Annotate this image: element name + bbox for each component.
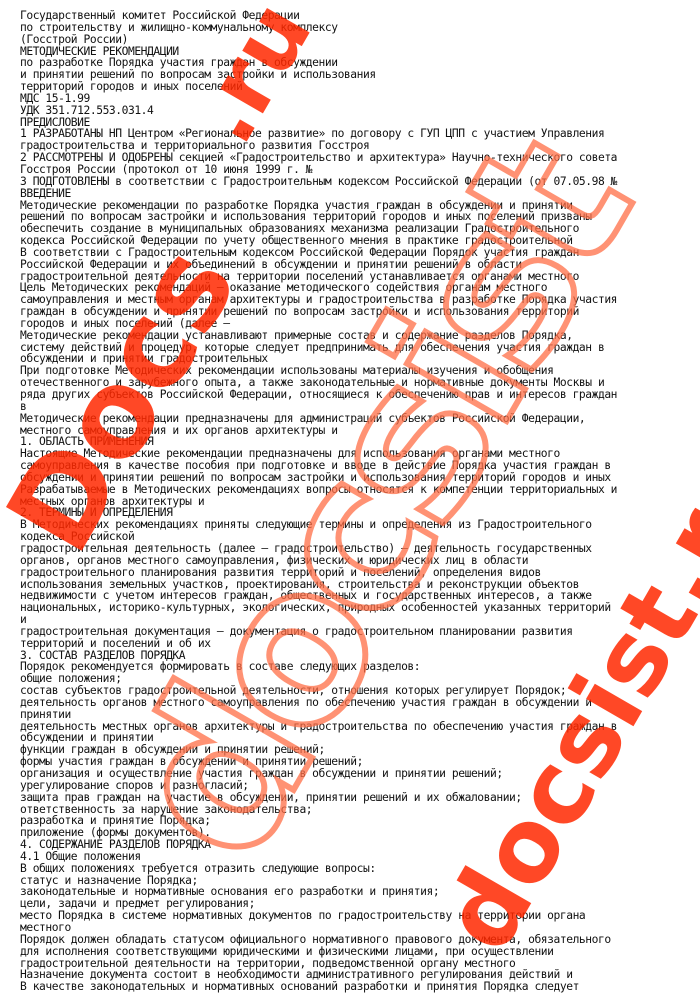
document-line: В соответствии с Градостроительным кодек… (20, 247, 694, 259)
document-line: градостроительная документация — докумен… (20, 626, 694, 638)
document-line: территорий и поселений и об их (20, 638, 694, 650)
document-line: Методические рекомендации устанавливают … (20, 330, 694, 342)
document-line: В качестве законодательных и нормативных… (20, 981, 694, 993)
document-line: (Госстрой России) (20, 34, 694, 46)
document-line: УДК 351.712.553.031.4 (20, 105, 694, 117)
document-text: Государственный комитет Российской Федер… (20, 10, 694, 993)
document-line: Порядок должен обладать статусом официал… (20, 934, 694, 946)
document-line: обсуждении и принятии решений по вопроса… (20, 472, 694, 484)
document-line: по строительству и жилищно-коммунальному… (20, 22, 694, 34)
document-line: 3 ПОДГОТОВЛЕНЫ в соответствии с Градостр… (20, 176, 694, 188)
document-line: Российской Федерации и их объединений в … (20, 259, 694, 271)
document-line: органов, органов местного самоуправления… (20, 555, 694, 567)
document-line: Разрабатываемые в Методических рекоменда… (20, 484, 694, 496)
document-line: национальных, историко-культурных, эколо… (20, 602, 694, 614)
document-line: в (20, 401, 694, 413)
document-line: урегулирование споров и разногласий; (20, 780, 694, 792)
document-line: градостроительного планирования развития… (20, 567, 694, 579)
document-line: Методические рекомендации предназначены … (20, 413, 694, 425)
document-line: место Порядка в системе нормативных доку… (20, 910, 694, 922)
document-line: деятельность органов местного самоуправл… (20, 697, 694, 709)
document-line: защита прав граждан на участие в обсужде… (20, 792, 694, 804)
document-line: В общих положениях требуется отразить сл… (20, 863, 694, 875)
document-line: ряда других субъектов Российской Федерац… (20, 389, 694, 401)
document-line: городов и иных поселений (далее — (20, 318, 694, 330)
document-line: МДС 15-1.99 (20, 93, 694, 105)
document-line: ВВЕДЕНИЕ (20, 188, 694, 200)
document-line: 4.1 Общие положения (20, 851, 694, 863)
document-line: для исполнения соответствующими юридичес… (20, 946, 694, 958)
document-line: территорий городов и иных поселений (20, 81, 694, 93)
document-line: принятии (20, 709, 694, 721)
